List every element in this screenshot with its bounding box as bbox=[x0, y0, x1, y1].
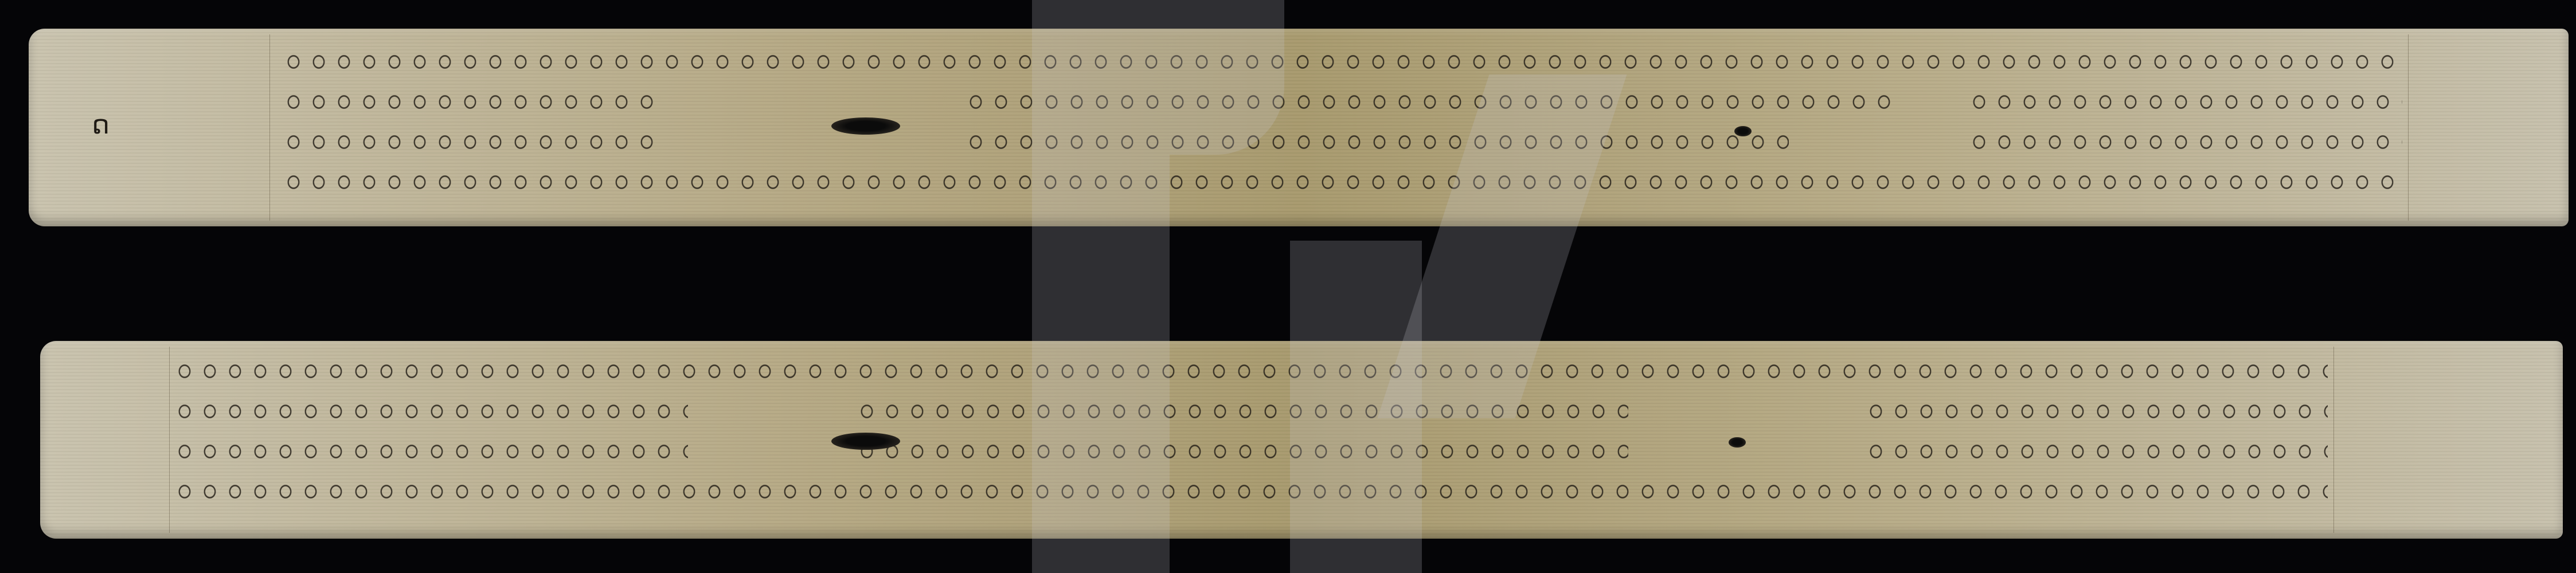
script-line bbox=[854, 401, 1628, 422]
script-line bbox=[172, 361, 2328, 382]
string-hole bbox=[831, 433, 900, 450]
string-hole bbox=[1729, 437, 1746, 448]
script-line bbox=[281, 172, 2402, 193]
script-line bbox=[172, 401, 688, 422]
margin-rule bbox=[2408, 34, 2409, 221]
string-hole bbox=[1734, 126, 1752, 136]
script-line bbox=[172, 481, 2328, 502]
margin-rule bbox=[169, 347, 170, 533]
script-line bbox=[963, 132, 1789, 152]
script-line bbox=[172, 441, 688, 462]
margin-rule bbox=[2333, 347, 2334, 533]
margin-rule bbox=[269, 34, 270, 221]
script-line bbox=[963, 92, 1892, 112]
script-line bbox=[281, 92, 654, 112]
script-line bbox=[281, 52, 2402, 72]
manuscript-leaf-bottom bbox=[40, 341, 2563, 539]
string-hole bbox=[831, 117, 900, 135]
manuscript-leaf-top: ດ bbox=[29, 29, 2569, 226]
script-line bbox=[281, 132, 654, 152]
script-line bbox=[1863, 441, 2328, 462]
script-line bbox=[1967, 132, 2402, 152]
script-line bbox=[1863, 401, 2328, 422]
script-line bbox=[1967, 92, 2402, 112]
script-line bbox=[854, 441, 1628, 462]
folio-number: ດ bbox=[92, 109, 110, 140]
